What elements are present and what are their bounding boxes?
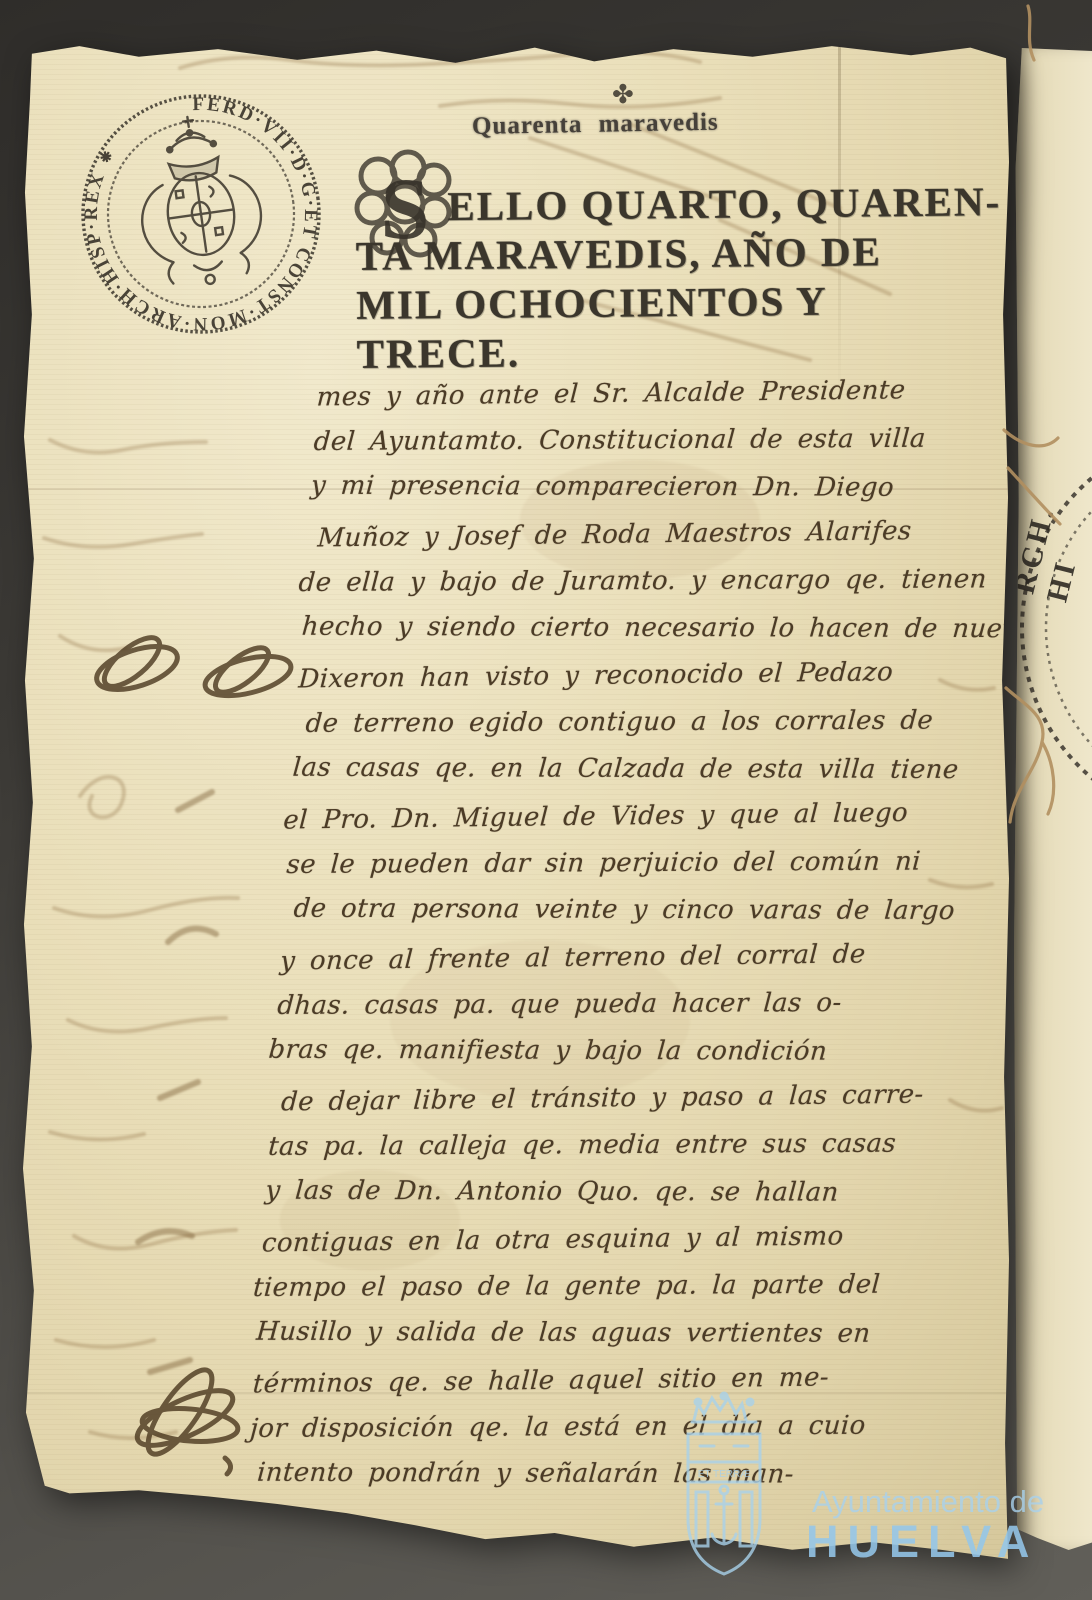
binding-threads bbox=[0, 0, 1092, 1600]
archival-document-scan: RCH. HI bbox=[0, 0, 1092, 1600]
